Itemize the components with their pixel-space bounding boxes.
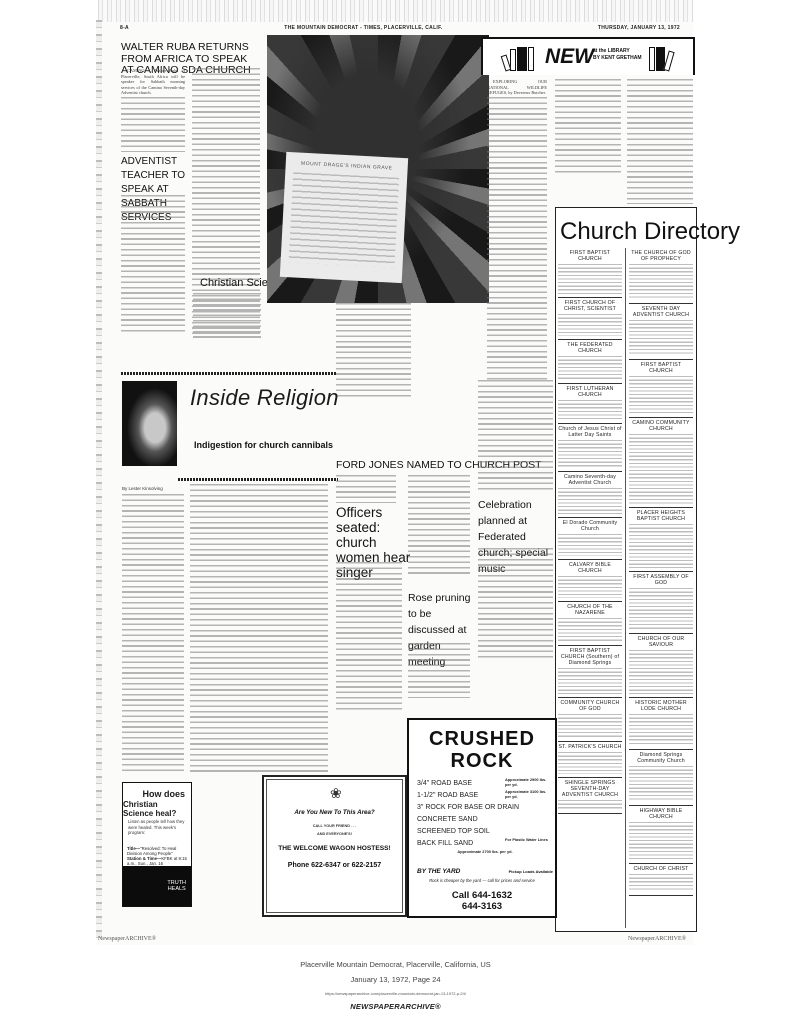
directory-entry: CHURCH OF CHRIST	[629, 864, 693, 896]
library-subtitle-line1: at the LIBRARY	[593, 48, 642, 55]
photo-caption	[336, 303, 411, 398]
text-block	[336, 562, 402, 712]
inside-religion-byline: By Lester Kinsolving	[122, 486, 163, 491]
bouquet-icon: ❀	[330, 785, 342, 802]
directory-entry: SHINGLE SPRINGS SEVENTH-DAY ADVENTIST CH…	[558, 778, 622, 814]
directory-entry: FIRST LUTHERAN CHURCH	[558, 384, 622, 424]
library-subtitle: at the LIBRARY BY KENT GRETHAM	[593, 48, 642, 62]
text-block	[408, 475, 470, 575]
christian-science-ad: How does Christian Science heal? Listen …	[122, 782, 192, 907]
library-col2	[555, 79, 621, 174]
directory-entry: HISTORIC MOTHER LODE CHURCH	[629, 698, 693, 750]
directory-left-column: FIRST BAPTIST CHURCH FIRST CHURCH OF CHR…	[558, 248, 622, 814]
watermark-left: NewspaperARCHIVE®	[98, 936, 156, 942]
scan-edge	[96, 20, 102, 940]
cr-cheaper-note: Rock is cheaper by the yard — call for p…	[409, 878, 555, 883]
plaque-title: MOUNT DRAGE'S INDIAN GRAVE	[294, 160, 400, 172]
library-first-item: EXPLORING OUR NATIONAL WILDLIFE REFUGES,…	[487, 79, 547, 96]
ww-line1: CALL YOUR FRIEND . . .	[264, 824, 405, 828]
cr-product: CONCRETE SAND	[417, 814, 553, 826]
text-block	[193, 293, 261, 338]
directory-entry: Church of Jesus Christ of Latter Day Sai…	[558, 424, 622, 472]
text-block	[487, 97, 547, 382]
library-col3	[627, 79, 693, 204]
text-block	[121, 97, 185, 152]
text-block	[627, 79, 693, 204]
directory-entry: FIRST CHURCH OF CHRIST, SCIENTIST	[558, 298, 622, 340]
library-continued	[478, 380, 553, 490]
church-directory-title: Church Directory	[560, 218, 740, 246]
text-block	[122, 494, 184, 774]
cr-phone: Call 644-1632 644-3163	[409, 890, 555, 912]
truth-heals-logo: TRUTH HEALS	[162, 880, 191, 892]
cr-by-yard: BY THE YARDPickup Loads Available	[417, 868, 553, 875]
footer-source: Placerville Mountain Democrat, Placervil…	[0, 960, 791, 969]
section-rule	[121, 372, 336, 375]
directory-entry: COMMUNITY CHURCH OF GOD	[558, 698, 622, 742]
directory-entry: CALVARY BIBLE CHURCH	[558, 560, 622, 602]
ww-line2: AND EVERYONE'S!	[264, 832, 405, 836]
cr-title-1: CRUSHED	[409, 728, 555, 751]
library-byline: BY KENT GRETHAM	[593, 55, 642, 62]
cr-product-list: 3/4" ROAD BASEApproximate 2900 lbs. per …	[417, 778, 553, 855]
inside-religion-col1	[122, 494, 184, 774]
directory-entry: SEVENTH DAY ADVENTIST CHURCH	[629, 304, 693, 360]
directory-entry: FIRST BAPTIST CHURCH	[558, 248, 622, 298]
crushed-rock-ad: CRUSHED ROCK 3/4" ROAD BASEApproximate 2…	[407, 718, 557, 918]
columnist-portrait	[122, 381, 177, 466]
ww-phone: Phone 622-6347 or 622-2157	[264, 862, 405, 869]
section-rule	[178, 478, 338, 481]
cr-product: 3" ROCK FOR BASE OR DRAIN	[417, 802, 553, 814]
inside-religion-col2	[190, 484, 328, 774]
directory-entry: HIGHWAY BIBLE CHURCH	[629, 806, 693, 864]
books-icon	[503, 43, 534, 71]
text-block	[336, 303, 411, 398]
paper-name: THE MOUNTAIN DEMOCRAT - TIMES, PLACERVIL…	[284, 25, 442, 35]
directory-entry: Camino Seventh-day Adventist Church	[558, 472, 622, 518]
ford-jones-body-col2	[408, 475, 470, 575]
christian-science-body	[193, 293, 261, 338]
cr-product: 1-1/2" ROAD BASEApproximate 3100 lbs. pe…	[417, 790, 553, 802]
text-block	[190, 484, 328, 774]
directory-right-column: THE CHURCH OF GOD OF PROPHECY SEVENTH DA…	[629, 248, 693, 896]
ww-hostess: THE WELCOME WAGON HOSTESS!	[264, 845, 405, 852]
text-block	[555, 79, 621, 174]
ww-question: Are You New To This Area?	[264, 809, 405, 816]
directory-entry: CAMINO COMMUNITY CHURCH	[629, 418, 693, 508]
cr-weight-note: Approximate 2700 lbs. per yd.	[417, 850, 553, 855]
library-col1: EXPLORING OUR NATIONAL WILDLIFE REFUGES,…	[487, 79, 547, 379]
inside-religion-title: Inside Religion	[190, 385, 339, 411]
directory-divider	[625, 248, 626, 928]
footer-url[interactable]: https://newspaperarchive.com/placerville…	[0, 991, 791, 996]
text-block	[478, 548, 553, 658]
directory-entry: CHURCH OF THE NAZARENE	[558, 602, 622, 646]
directory-entry: PLACER HEIGHTS BAPTIST CHURCH	[629, 508, 693, 572]
text-block	[478, 380, 553, 490]
directory-entry: CHURCH OF OUR SAVIOUR	[629, 634, 693, 698]
footer-date-page: January 13, 1972, Page 24	[0, 975, 791, 984]
plaque-text	[289, 172, 400, 267]
text-block	[336, 475, 396, 503]
watermark-right: NewspaperARCHIVE®	[628, 936, 686, 942]
masthead: 8-A THE MOUNTAIN DEMOCRAT - TIMES, PLACE…	[120, 25, 680, 35]
inside-religion-subtitle: Indigestion for church cannibals	[194, 440, 333, 450]
directory-entry: El Dorado Community Church	[558, 518, 622, 560]
officers-body	[336, 562, 402, 712]
welcome-wagon-ad: ❀ Are You New To This Area? CALL YOUR FR…	[262, 775, 407, 917]
issue-date: THURSDAY, JANUARY 13, 1972	[598, 25, 680, 35]
page-label: 8-A	[120, 25, 129, 35]
books-icon	[649, 43, 672, 71]
adventist-body	[121, 195, 185, 335]
ruba-body-col1: CAMINO — Walter Ruba of Placerville, Sou…	[121, 68, 185, 158]
rose-pruning-body	[408, 643, 470, 698]
photo-plaque: MOUNT DRAGE'S INDIAN GRAVE	[280, 152, 408, 283]
library-title: NEW	[545, 45, 594, 69]
celebration-body	[478, 548, 553, 658]
cs-ad-title-2: Christian Science heal?	[123, 800, 187, 818]
library-column-header: NEW at the LIBRARY BY KENT GRETHAM	[481, 37, 695, 75]
scan-noise-top	[98, 0, 693, 22]
text-block	[408, 643, 470, 698]
ruba-lead: CAMINO — Walter Ruba of Placerville, Sou…	[121, 68, 185, 96]
cs-ad-body: Listen as people tell how they were heal…	[128, 819, 188, 836]
directory-entry: ST. PATRICK'S CHURCH	[558, 742, 622, 778]
footer-brand: NEWSPAPERARCHIVE®	[0, 1002, 791, 1011]
directory-entry: THE CHURCH OF GOD OF PROPHECY	[629, 248, 693, 304]
directory-entry: THE FEDERATED CHURCH	[558, 340, 622, 384]
directory-entry: FIRST BAPTIST CHURCH	[629, 360, 693, 418]
text-block	[121, 195, 185, 335]
cs-ad-banner: TRUTH HEALS	[123, 866, 191, 906]
ford-jones-body	[336, 475, 396, 503]
directory-entry: FIRST BAPTIST CHURCH (Southern) of Diamo…	[558, 646, 622, 698]
directory-entry: Diamond Springs Community Church	[629, 750, 693, 806]
directory-entry: FIRST ASSEMBLY OF GOD	[629, 572, 693, 634]
cs-ad-program-title: Title—"Resolved: To Heal Division Among …	[127, 846, 191, 856]
cs-ad-title-1: How does	[142, 789, 185, 799]
cr-title-2: ROCK	[409, 750, 555, 773]
cs-ad-station: Station & Time—KFBK at 9:15 a.m., Sun., …	[127, 856, 191, 866]
